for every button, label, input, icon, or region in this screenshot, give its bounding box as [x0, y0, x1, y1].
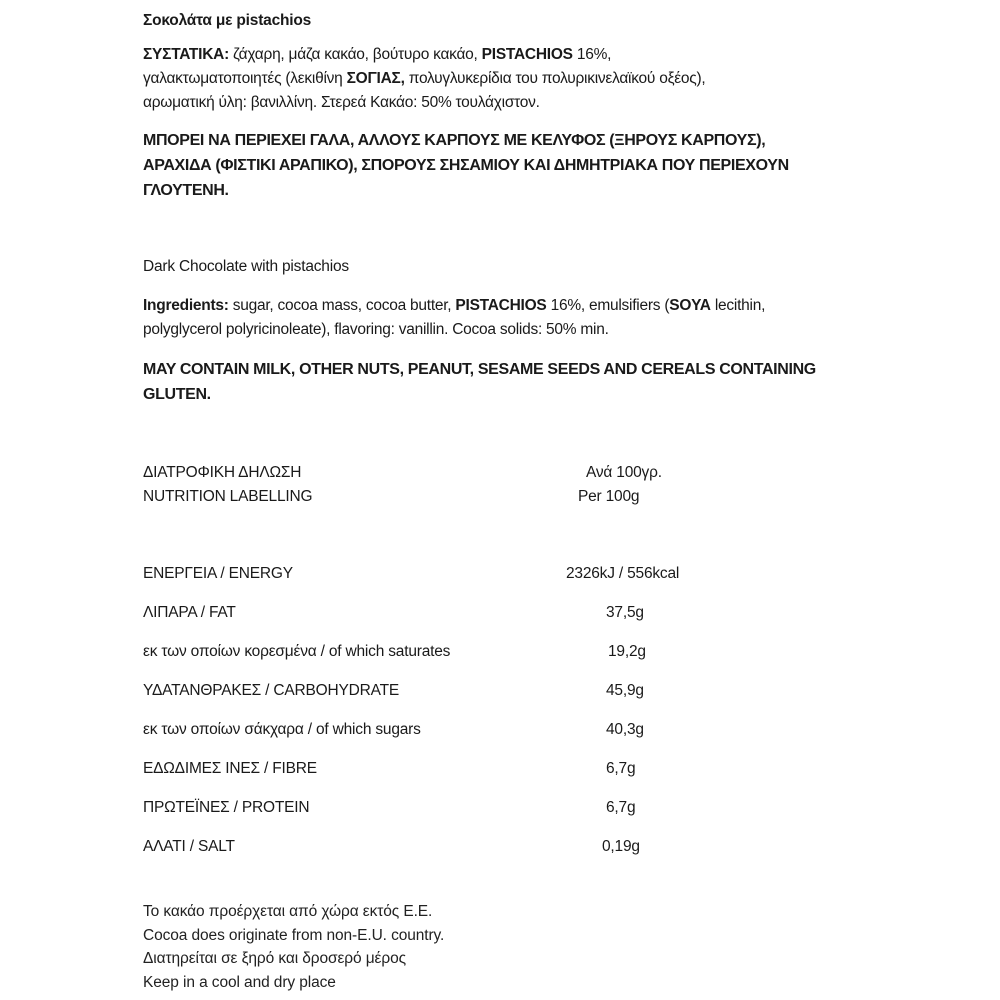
greek-ingredients-text: πολυγλυκερίδια του πολυρικινελαϊκού οξέο…: [405, 70, 706, 87]
nutrition-row: ΕΝΕΡΓΕΙΑ / ENERGY2326kJ / 556kcal: [143, 565, 863, 587]
greek-ingredients-text: γαλακτωματοποιητές (λεκιθίνη: [143, 70, 347, 87]
nutrient-value: 37,5g: [606, 604, 644, 622]
greek-allergen-warning: ΜΠΟΡΕΙ ΝΑ ΠΕΡΙΕΧΕΙ ΓΑΛΑ, ΑΛΛΟΥΣ ΚΑΡΠΟΥΣ …: [143, 128, 863, 203]
nutrient-value: 19,2g: [608, 643, 646, 661]
english-allergen-pistachios: PISTACHIOS: [455, 297, 546, 314]
nutrition-title-english: NUTRITION LABELLING: [143, 488, 312, 506]
english-product-title: Dark Chocolate with pistachios: [143, 258, 349, 276]
origin-note-greek: Το κακάο προέρχεται από χώρα εκτός Ε.Ε.: [143, 900, 444, 924]
greek-ingredients-label: ΣΥΣΤΑΤΙΚΑ:: [143, 46, 229, 63]
english-warning-line: GLUTEN.: [143, 382, 863, 407]
nutrition-row: ΕΔΩΔΙΜΕΣ ΙΝΕΣ / FIBRE6,7g: [143, 760, 863, 782]
nutrient-label: ΕΔΩΔΙΜΕΣ ΙΝΕΣ / FIBRE: [143, 760, 317, 778]
greek-warning-line: ΓΛΟΥΤΕΝΗ.: [143, 178, 863, 203]
english-ingredients-label: Ingredients:: [143, 297, 229, 314]
greek-allergen-soya: ΣΟΓΙΑΣ,: [347, 70, 405, 87]
nutrition-header-english: NUTRITION LABELLING Per 100g: [143, 488, 863, 510]
storage-note-english: Keep in a cool and dry place: [143, 971, 444, 995]
nutrient-value: 45,9g: [606, 682, 644, 700]
greek-ingredients-line-2: γαλακτωματοποιητές (λεκιθίνη ΣΟΓΙΑΣ, πολ…: [143, 67, 863, 91]
english-ingredients: Ingredients: sugar, cocoa mass, cocoa bu…: [143, 294, 883, 342]
nutrient-value: 6,7g: [606, 799, 635, 817]
greek-ingredients-line-3: αρωματική ύλη: βανιλλίνη. Στερεά Κακάο: …: [143, 91, 863, 115]
per-100g-greek: Ανά 100γρ.: [586, 464, 662, 482]
english-ingredients-text: lecithin,: [711, 297, 765, 314]
english-allergen-soya: SOYA: [669, 297, 711, 314]
nutrient-label: εκ των οποίων σάκχαρα / of which sugars: [143, 721, 421, 739]
nutrient-value: 40,3g: [606, 721, 644, 739]
nutrition-row: εκ των οποίων σάκχαρα / of which sugars4…: [143, 721, 863, 743]
nutrient-label: εκ των οποίων κορεσμένα / of which satur…: [143, 643, 450, 661]
english-allergen-warning: MAY CONTAIN MILK, OTHER NUTS, PEANUT, SE…: [143, 357, 863, 407]
greek-ingredients-line-1: ΣΥΣΤΑΤΙΚΑ: ζάχαρη, μάζα κακάο, βούτυρο κ…: [143, 43, 863, 67]
greek-allergen-pistachios: PISTACHIOS: [482, 46, 573, 63]
greek-warning-line: ΑΡΑΧΙΔΑ (ΦΙΣΤΙΚΙ ΑΡΑΠΙΚΟ), ΣΠΟΡΟΥΣ ΣΗΣΑΜ…: [143, 153, 863, 178]
english-ingredients-text: sugar, cocoa mass, cocoa butter,: [229, 297, 456, 314]
nutrient-label: ΥΔΑΤΑΝΘΡΑΚΕΣ / CARBOHYDRATE: [143, 682, 399, 700]
english-ingredients-line-1: Ingredients: sugar, cocoa mass, cocoa bu…: [143, 294, 883, 318]
nutrition-row: ΠΡΩΤΕΪΝΕΣ / PROTEIN6,7g: [143, 799, 863, 821]
nutrient-label: ΑΛΑΤΙ / SALT: [143, 838, 235, 856]
per-100g-english: Per 100g: [578, 488, 639, 506]
footer-notes: Το κακάο προέρχεται από χώρα εκτός Ε.Ε. …: [143, 900, 444, 994]
nutrition-row: εκ των οποίων κορεσμένα / of which satur…: [143, 643, 863, 665]
nutrition-row: ΑΛΑΤΙ / SALT0,19g: [143, 838, 863, 860]
nutrition-row: ΥΔΑΤΑΝΘΡΑΚΕΣ / CARBOHYDRATE45,9g: [143, 682, 863, 704]
english-ingredients-text: 16%, emulsifiers (: [547, 297, 670, 314]
origin-note-english: Cocoa does originate from non-E.U. count…: [143, 924, 444, 948]
greek-ingredients-text: 16%,: [573, 46, 611, 63]
nutrition-header-greek: ΔΙΑΤΡΟΦΙΚΗ ΔΗΛΩΣΗ Ανά 100γρ.: [143, 464, 863, 486]
nutrient-label: ΛΙΠΑΡΑ / FAT: [143, 604, 236, 622]
greek-warning-line: ΜΠΟΡΕΙ ΝΑ ΠΕΡΙΕΧΕΙ ΓΑΛΑ, ΑΛΛΟΥΣ ΚΑΡΠΟΥΣ …: [143, 128, 863, 153]
nutrient-value: 0,19g: [602, 838, 640, 856]
greek-ingredients: ΣΥΣΤΑΤΙΚΑ: ζάχαρη, μάζα κακάο, βούτυρο κ…: [143, 43, 863, 115]
nutrition-row: ΛΙΠΑΡΑ / FAT37,5g: [143, 604, 863, 626]
nutrient-value: 6,7g: [606, 760, 635, 778]
nutrient-value: 2326kJ / 556kcal: [566, 565, 679, 583]
greek-product-title: Σοκολάτα με pistachios: [143, 12, 311, 30]
nutrient-label: ΕΝΕΡΓΕΙΑ / ENERGY: [143, 565, 293, 583]
greek-ingredients-text: ζάχαρη, μάζα κακάο, βούτυρο κακάο,: [229, 46, 482, 63]
nutrient-label: ΠΡΩΤΕΪΝΕΣ / PROTEIN: [143, 799, 309, 817]
english-ingredients-line-2: polyglycerol polyricinoleate), flavoring…: [143, 318, 883, 342]
storage-note-greek: Διατηρείται σε ξηρό και δροσερό μέρος: [143, 947, 444, 971]
english-warning-line: MAY CONTAIN MILK, OTHER NUTS, PEANUT, SE…: [143, 357, 863, 382]
nutrition-title-greek: ΔΙΑΤΡΟΦΙΚΗ ΔΗΛΩΣΗ: [143, 464, 301, 482]
